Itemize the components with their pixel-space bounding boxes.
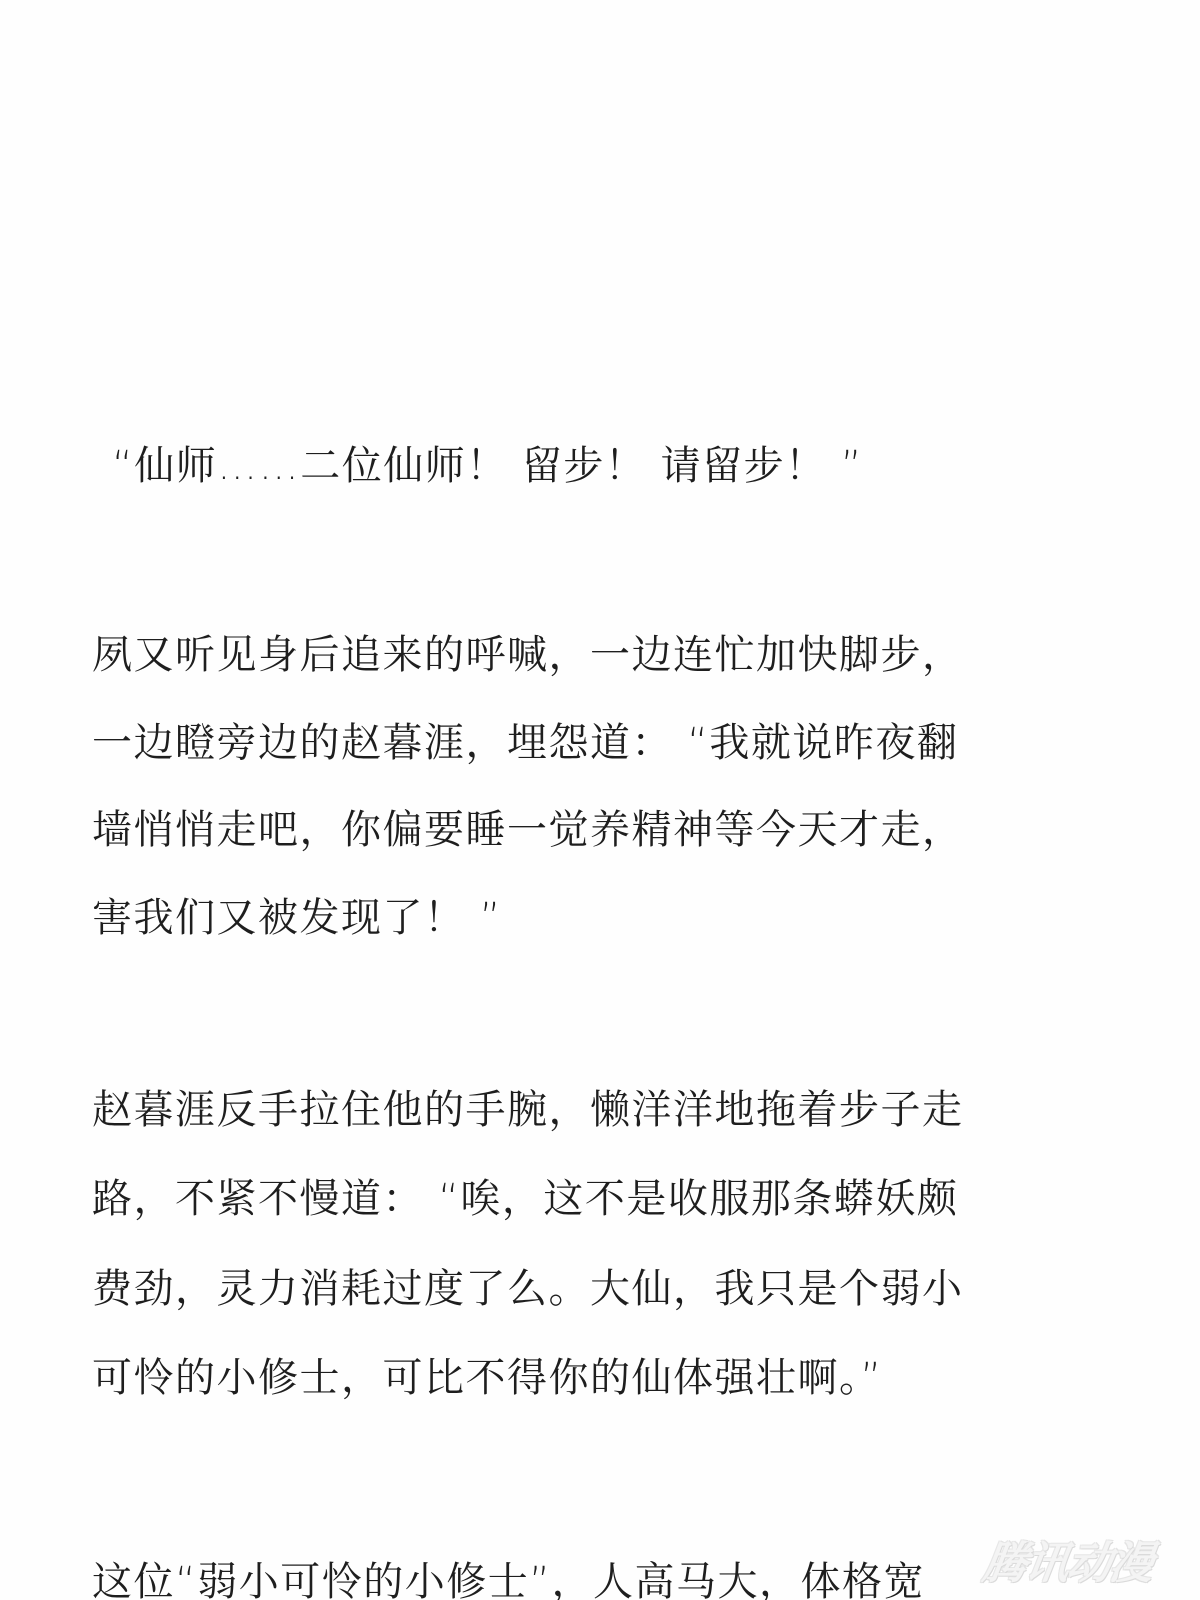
paragraph-3-line-1: 赵暮涯反手拉住他的手腕，懒洋洋地拖着步子走 [92, 1086, 964, 1134]
comic-text-page: “仙师……二位仙师！ 留步！ 请留步！ ” 夙又听见身后追来的呼喊，一边连忙加快… [0, 0, 1200, 1600]
paragraph-2-line-2: 一边瞪旁边的赵暮涯，埋怨道： “我就说昨夜翻 [92, 719, 958, 767]
paragraph-3-line-3: 费劲，灵力消耗过度了么。大仙，我只是个弱小 [92, 1265, 964, 1313]
paragraph-2-line-1: 夙又听见身后追来的呼喊，一边连忙加快脚步， [92, 631, 964, 679]
paragraph-3-line-4: 可怜的小修士，可比不得你的仙体强壮啊。” [92, 1354, 883, 1402]
paragraph-3-line-2: 路，不紧不慢道： “唉，这不是收服那条蟒妖颇 [92, 1175, 958, 1223]
watermark-logo: 腾讯动漫 [954, 1530, 1182, 1588]
paragraph-1-line-1: “仙师……二位仙师！ 留步！ 请留步！ ” [112, 442, 863, 490]
paragraph-2-line-3: 墙悄悄走吧，你偏要睡一觉养精神等今天才走， [92, 806, 964, 854]
paragraph-4-line-1: 这位“弱小可怜的小修士”，人高马大，体格宽 [92, 1558, 925, 1600]
paragraph-2-line-4: 害我们又被发现了！ ” [92, 894, 502, 942]
